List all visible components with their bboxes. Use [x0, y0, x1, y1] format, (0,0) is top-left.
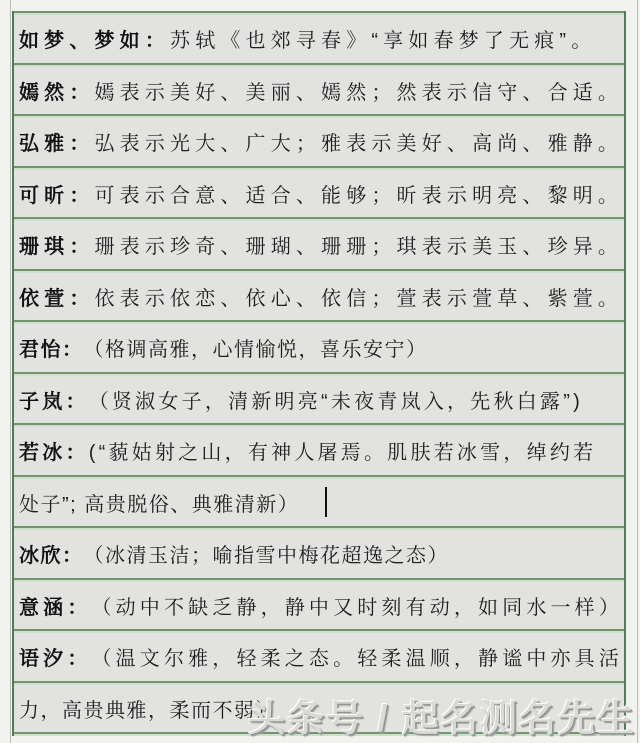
name-entry-row-12: 意涵：（动中不缺乏静，静中又时刻有动，如同水一样） [14, 582, 624, 630]
name-label: 子岚： [19, 385, 89, 414]
name-label: 可昕： [19, 179, 95, 208]
name-entry-row-6: 依萱：依表示依恋、依心、依信；萱表示萱草、紫萱。 [14, 273, 624, 321]
name-meaning: （格调高雅，心情愉悦，喜乐安宁） [84, 333, 428, 362]
name-label: 若冰： [19, 436, 89, 465]
name-meaning: （贤淑女子，清新明亮“未夜青岚入，先秋白露”) [89, 385, 583, 414]
name-entry-row-9: 若冰：(“藐姑射之山，有神人屠焉。肌肤若冰雪，绰约若 [14, 427, 624, 475]
name-meaning: 嫣表示美好、美丽、嫣然；然表示信守、合适。 [95, 76, 624, 105]
name-entry-row-7: 君怡：（格调高雅，心情愉悦，喜乐安宁） [14, 324, 624, 372]
name-meaning: （温文尔雅，轻柔之态。轻柔温顺，静谧中亦具活 [91, 642, 623, 671]
name-label: 弘雅： [19, 127, 95, 156]
name-entry-row-11: 冰欣：（冰清玉洁；喻指雪中梅花超逸之态） [14, 530, 624, 578]
name-meaning: 处子”; 高贵脱俗、典雅清新） [19, 488, 299, 517]
name-entry-row-5: 珊琪：珊表示珍奇、珊瑚、珊珊；琪表示美玉、珍异。 [14, 221, 624, 269]
watermark: 头条号 / 起名测名先生 [248, 688, 636, 742]
name-entry-row-8: 子岚：（贤淑女子，清新明亮“未夜青岚入，先秋白露”) [14, 376, 624, 424]
name-label: 依萱： [19, 282, 95, 311]
name-meaning: 珊表示珍奇、珊瑚、珊珊；琪表示美玉、珍异。 [95, 230, 624, 259]
name-label: 冰欣： [19, 539, 84, 568]
name-entry-row-1: 如梦、梦如：苏轼《也郊寻春》“享如春梦了无痕”。 [14, 15, 624, 63]
name-meaning: （动中不缺乏静，静中又时刻有动，如同水一样） [91, 591, 623, 620]
page-edge-line-left [10, 0, 11, 743]
name-meaning: 力，高贵典雅，柔而不弱） [19, 694, 277, 723]
name-label: 君怡： [19, 333, 84, 362]
name-meaning: (“藐姑射之山，有神人屠焉。肌肤若冰雪，绰约若 [89, 436, 597, 465]
name-entry-row-4: 可昕：可表示合意、适合、能够；昕表示明亮、黎明。 [14, 170, 624, 218]
name-entry-row-2: 嫣然：嫣表示美好、美丽、嫣然；然表示信守、合适。 [14, 67, 624, 115]
name-entry-row-13: 语汐：（温文尔雅，轻柔之态。轻柔温顺，静谧中亦具活 [14, 633, 624, 681]
name-label: 语汐： [19, 642, 91, 671]
text-cursor [325, 487, 327, 517]
name-label: 意涵： [19, 591, 91, 620]
name-meaning: （冰清玉洁；喻指雪中梅花超逸之态） [84, 539, 450, 568]
name-meaning: 弘表示光大、广大；雅表示美好、高尚、雅静。 [95, 127, 624, 156]
name-label: 如梦、梦如： [19, 24, 170, 53]
name-label: 嫣然： [19, 76, 95, 105]
name-entry-row-3: 弘雅：弘表示光大、广大；雅表示美好、高尚、雅静。 [14, 118, 624, 166]
name-entry-row-10: 处子”; 高贵脱俗、典雅清新） [14, 479, 624, 527]
page-edge-line-right [637, 0, 638, 743]
name-table: 如梦、梦如：苏轼《也郊寻春》“享如春梦了无痕”。 嫣然：嫣表示美好、美丽、嫣然；… [12, 11, 626, 736]
name-meaning: 苏轼《也郊寻春》“享如春梦了无痕”。 [170, 24, 596, 53]
name-meaning: 依表示依恋、依心、依信；萱表示萱草、紫萱。 [95, 282, 624, 311]
name-label: 珊琪： [19, 230, 95, 259]
name-meaning: 可表示合意、适合、能够；昕表示明亮、黎明。 [95, 179, 624, 208]
